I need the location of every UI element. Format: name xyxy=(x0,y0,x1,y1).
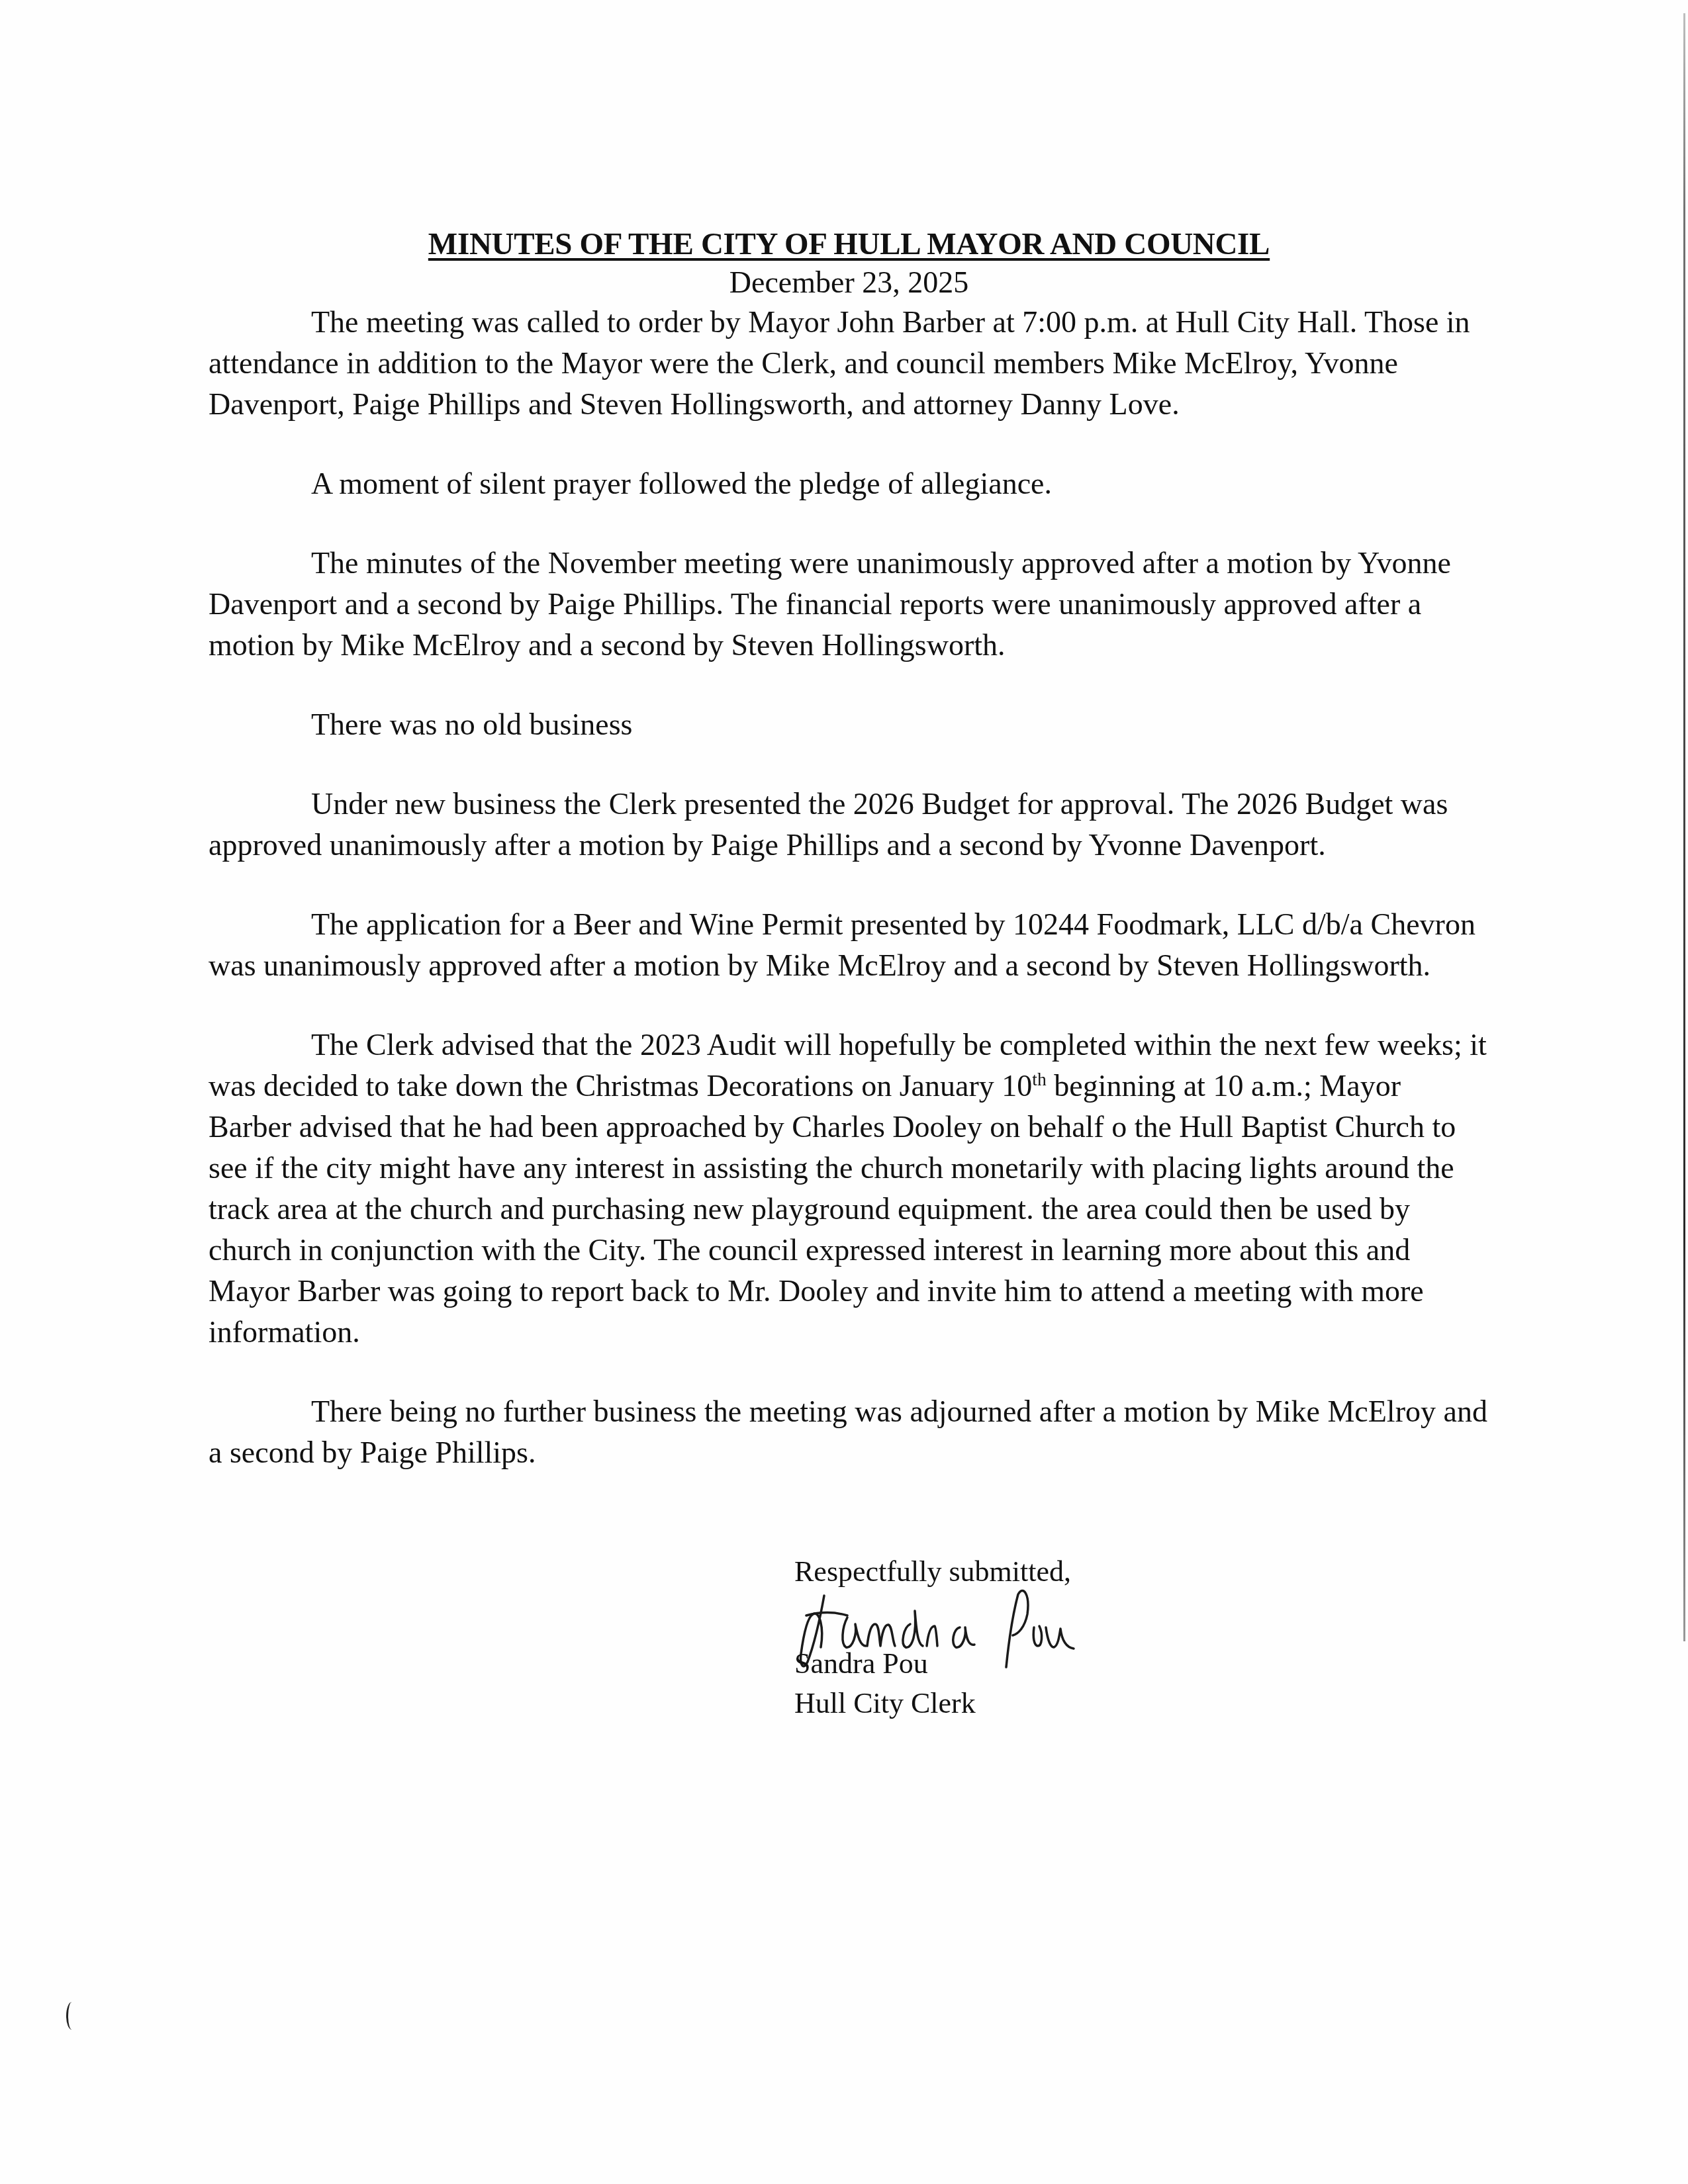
paragraph-new-business-budget: Under new business the Clerk presented t… xyxy=(209,784,1489,866)
paragraph-prayer: A moment of silent prayer followed the p… xyxy=(209,463,1489,504)
document-title: MINUTES OF THE CITY OF HULL MAYOR AND CO… xyxy=(209,225,1489,263)
paragraph-clerk-advisories: The Clerk advised that the 2023 Audit wi… xyxy=(209,1024,1489,1353)
signer-position: Hull City Clerk xyxy=(794,1684,1165,1723)
ordinal-suffix: th xyxy=(1032,1069,1046,1089)
signature-block: Respectfully submitted, Sandra Pou Hull … xyxy=(794,1552,1165,1723)
paragraph-call-to-order: The meeting was called to order by Mayor… xyxy=(209,302,1489,425)
scan-edge-line xyxy=(1683,13,1685,1641)
advisories-text-end: beginning at 10 a.m.; Mayor Barber advis… xyxy=(209,1069,1456,1349)
paragraph-beer-wine-permit: The application for a Beer and Wine Perm… xyxy=(209,904,1489,986)
paragraph-minutes-approval: The minutes of the November meeting were… xyxy=(209,543,1489,666)
scan-corner-mark xyxy=(66,2002,77,2030)
minutes-body: MINUTES OF THE CITY OF HULL MAYOR AND CO… xyxy=(209,225,1489,1473)
paragraph-adjournment: There being no further business the meet… xyxy=(209,1391,1489,1473)
paragraph-old-business: There was no old business xyxy=(209,704,1489,745)
meeting-date: December 23, 2025 xyxy=(209,263,1489,302)
document-page: MINUTES OF THE CITY OF HULL MAYOR AND CO… xyxy=(0,0,1688,2184)
closing-salutation: Respectfully submitted, xyxy=(794,1552,1165,1592)
